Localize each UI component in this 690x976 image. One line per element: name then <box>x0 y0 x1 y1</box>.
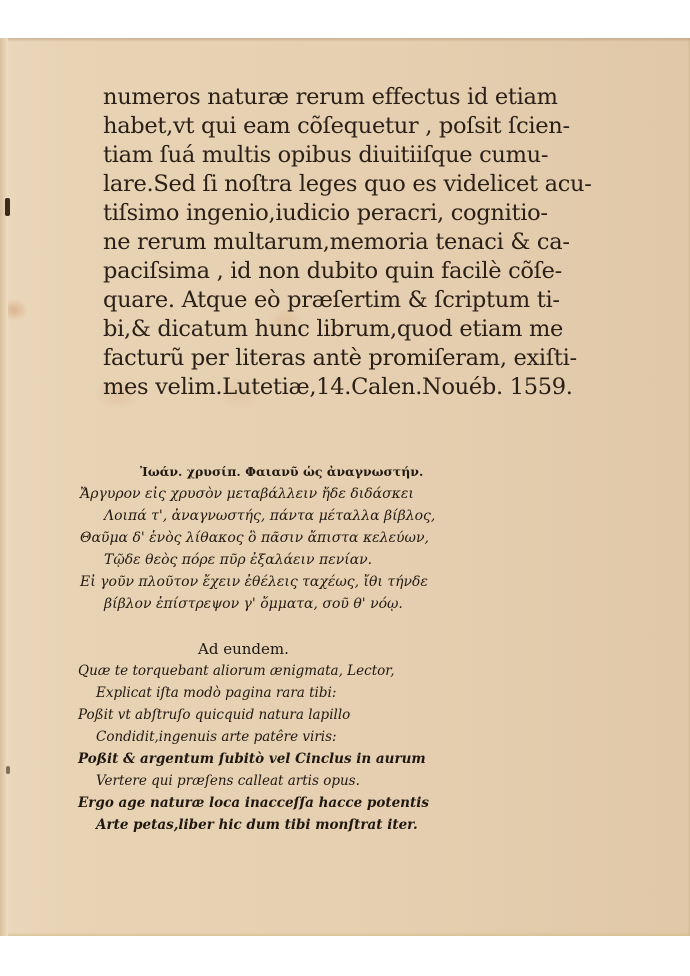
page-gutter <box>0 38 8 936</box>
prose-line: habet,vt qui eam cõſequetur , poſsit ſci… <box>103 112 513 141</box>
margin-ink-mark <box>6 766 10 774</box>
prose-line: lare.Sed ſi noſtra leges quo es videlice… <box>103 170 513 199</box>
latin-epigram: Ad eundem. Quæ te torquebant aliorum æni… <box>78 638 408 836</box>
greek-verse-line: Εἰ γοῦν πλοῦτον ἔχειν ἐθέλεις ταχέως, ἴθ… <box>80 571 480 593</box>
margin-ink-mark <box>5 198 10 216</box>
prose-line: tiſsimo ingenio,iudicio peracri, cogniti… <box>103 199 513 228</box>
prose-line: numeros naturæ rerum effectus id etiam <box>103 83 513 112</box>
greek-verse-line: Τῷδε θεὸς πόρε πῦρ ἐξαλάειν πενίαν. <box>80 549 480 571</box>
prose-line: tiam ſuá multis opibus diuitiiſque cumu- <box>103 141 513 170</box>
greek-verse-line: Λοιπά τ', ἀναγνωστής, πάντα μέταλλα βίβλ… <box>80 505 480 527</box>
latin-verse-line: Ergo age naturæ loca inacceſſa hacce pot… <box>78 792 408 814</box>
prose-line: ne rerum multarum,memoria tenaci & ca- <box>103 228 513 257</box>
latin-verse-line: Arte petas,liber hic dum tibi monſtrat i… <box>78 814 408 836</box>
latin-verse-line: Poßit vt abſtruſo quicquid natura lapill… <box>78 704 408 726</box>
greek-verse-line: βίβλον ἐπίστρεψον γ' ὄμματα, σοῦ θ' νόῳ. <box>80 593 480 615</box>
latin-verse-line: Poßit & argentum ſubitò vel Cinclus in a… <box>78 748 408 770</box>
latin-verse-line: Vertere qui præſens calleat artis opus. <box>78 770 408 792</box>
latin-epigram-title: Ad eundem. <box>78 638 408 660</box>
prose-line: quare. Atque eò præſertim & ſcriptum ti- <box>103 286 513 315</box>
greek-epigram: Ἰωάν. χρυσίπ. Φαιανῦ ὡς ἀναγνωστήν. Ἄργυ… <box>80 461 480 615</box>
latin-verse-line: Quæ te torquebant aliorum ænigmata, Lect… <box>78 660 408 682</box>
prose-line: bi,& dicatum hunc librum,quod etiam me <box>103 315 513 344</box>
greek-verse-line: Ἄργυρον εἰς χρυσὸν μεταβάλλειν ἤδε διδάσ… <box>80 483 480 505</box>
latin-verse-line: Condidit,ingenuis arte patêre viris: <box>78 726 408 748</box>
book-page: numeros naturæ rerum effectus id etiam h… <box>0 38 690 936</box>
prose-line-dateline: mes velim.Lutetiæ,14.Calen.Nouéb. 1559. <box>103 373 513 402</box>
prose-line: facturũ per literas antè promiſeram, exi… <box>103 344 513 373</box>
greek-epigram-heading: Ἰωάν. χρυσίπ. Φαιανῦ ὡς ἀναγνωστήν. <box>80 461 480 483</box>
latin-verse-line: Explicat iſta modò pagina rara tibi: <box>78 682 408 704</box>
greek-verse-line: Θαῦμα δ' ἑνὸς λίθακος ὃ πᾶσιν ἄπιστα κελ… <box>80 527 480 549</box>
prose-paragraph: numeros naturæ rerum effectus id etiam h… <box>103 83 513 402</box>
prose-line: paciſsima , id non dubito quin facilè cõ… <box>103 257 513 286</box>
